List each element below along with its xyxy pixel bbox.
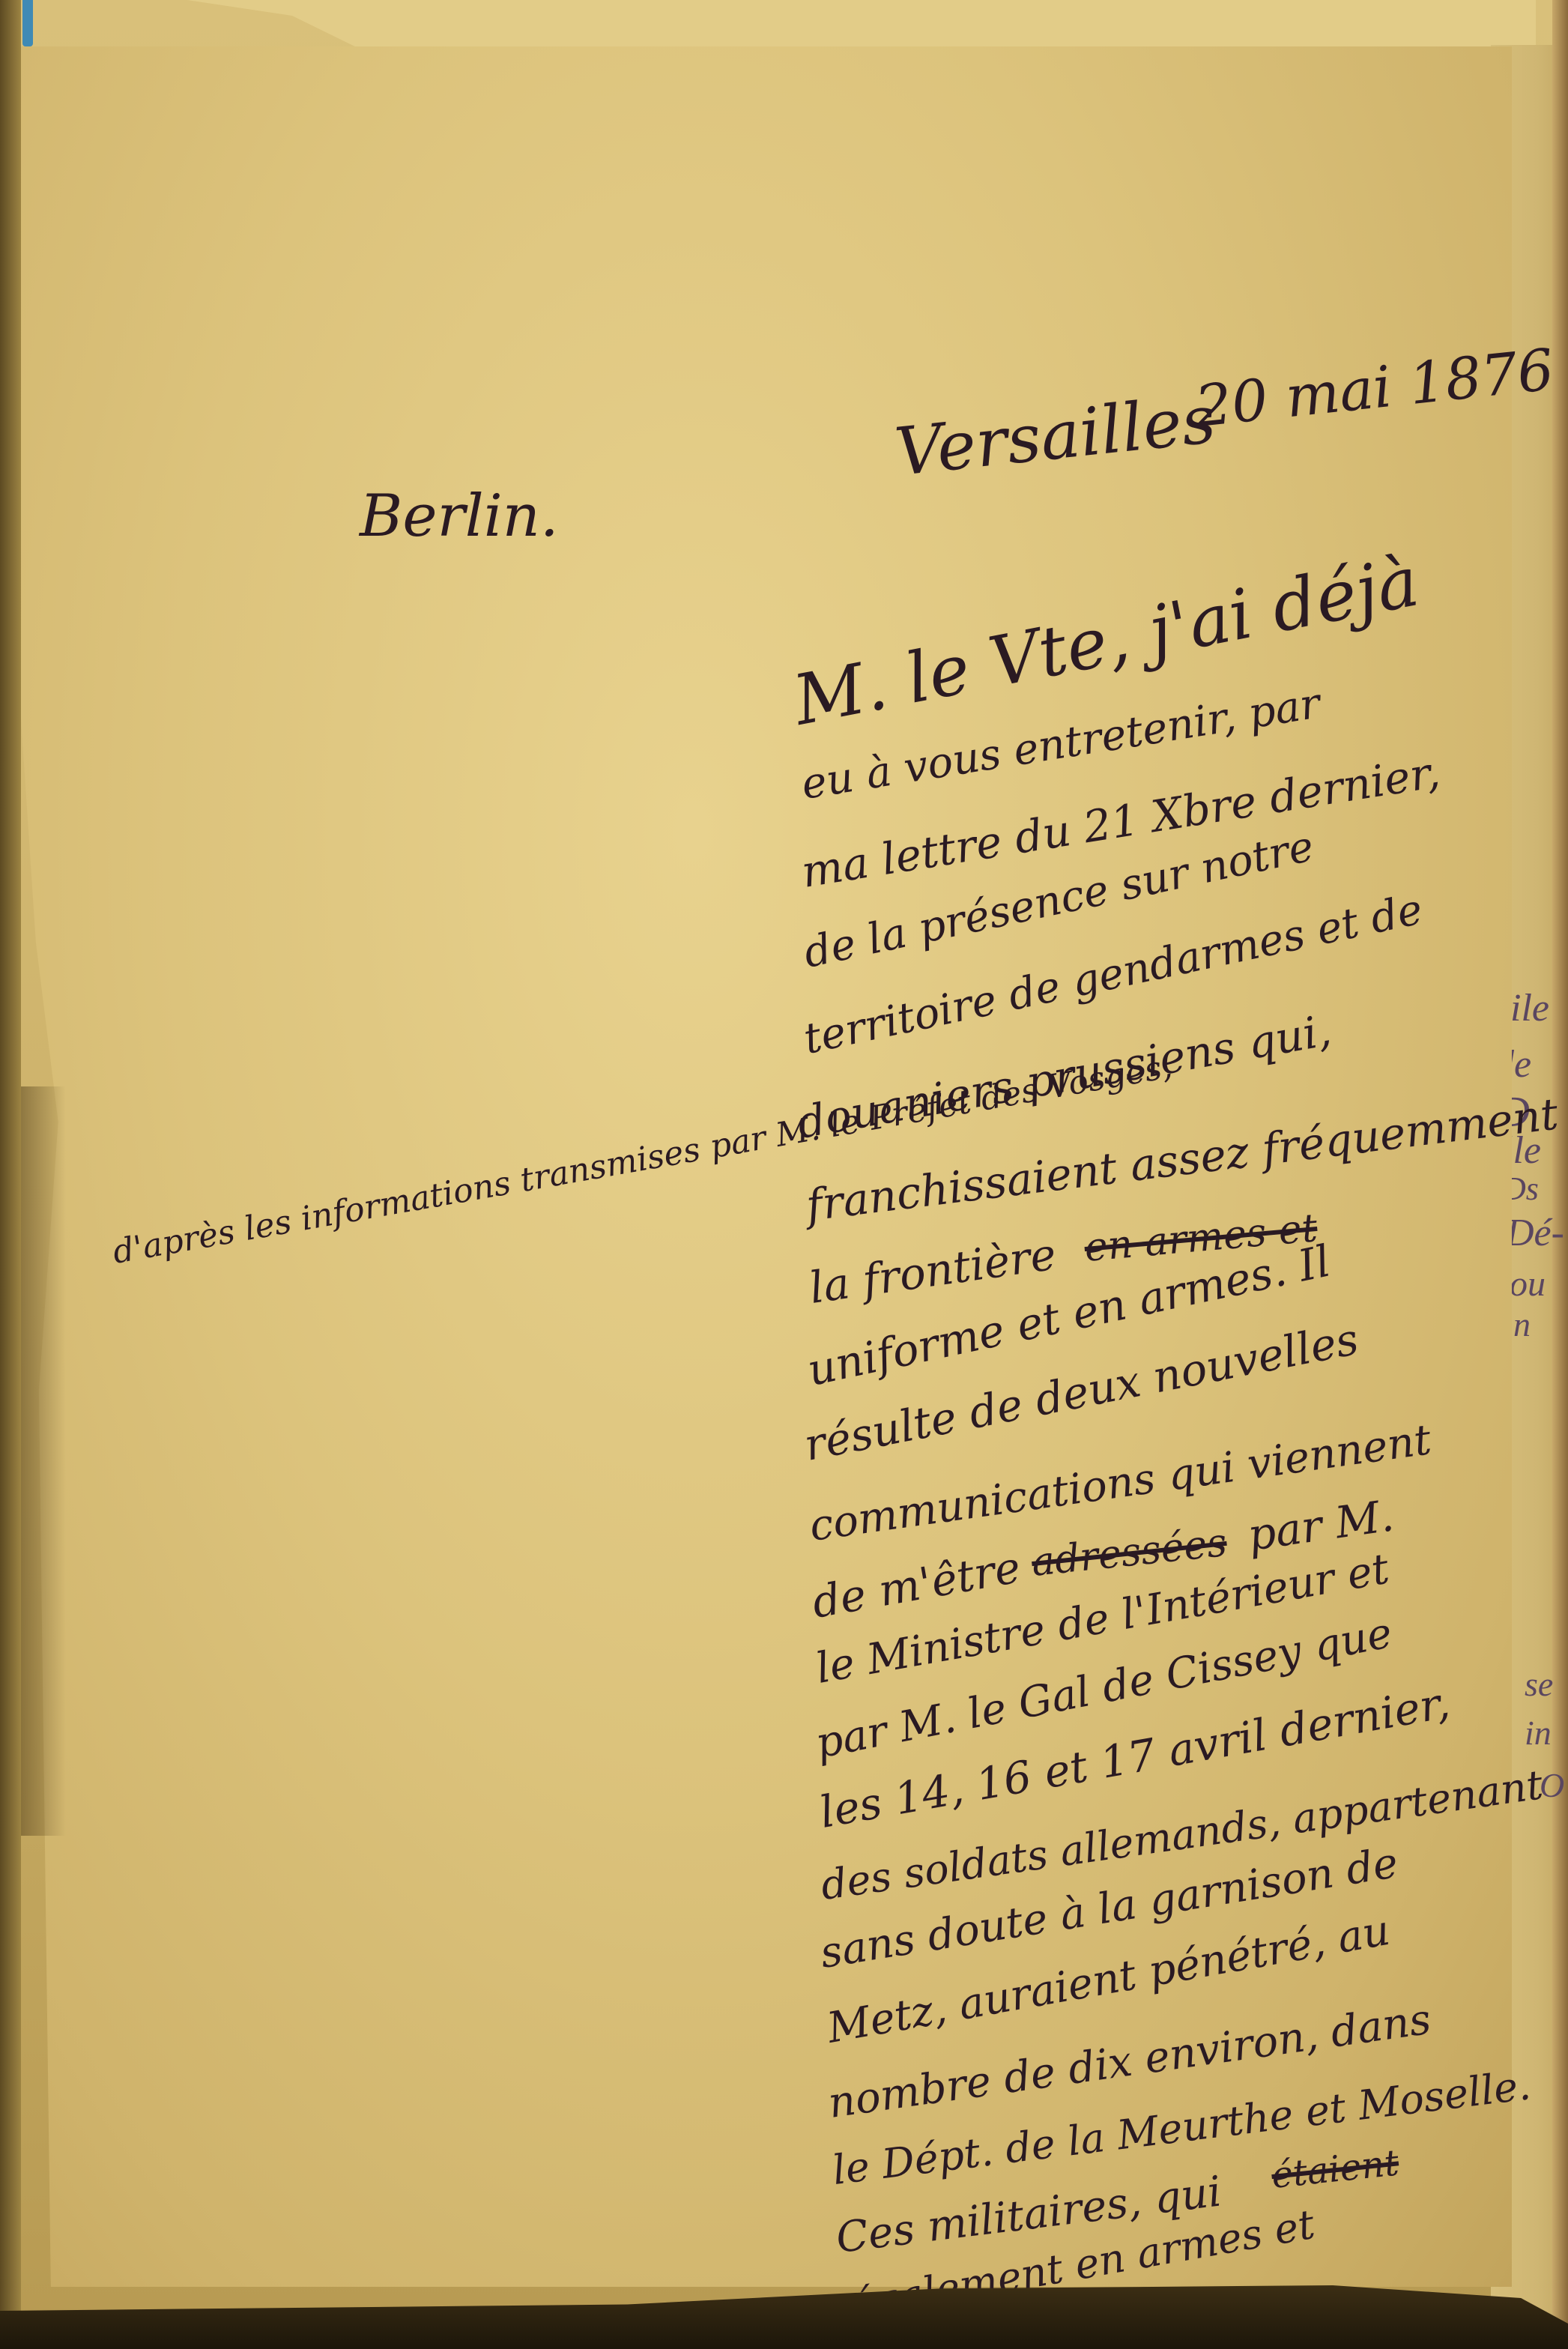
fragment-text: in <box>1525 1716 1552 1750</box>
addressee: Berlin. <box>360 487 559 545</box>
fragment-text: n <box>1513 1307 1531 1342</box>
right-folder-edge <box>1552 0 1568 2349</box>
fragment-text: Dé- <box>1506 1214 1564 1253</box>
page-fold-shadow <box>21 1086 66 1836</box>
blue-tape-marker <box>22 0 33 46</box>
left-binding-shadow <box>0 0 21 2349</box>
fragment-text: se <box>1525 1667 1553 1702</box>
fragment-text: ou <box>1510 1266 1546 1302</box>
